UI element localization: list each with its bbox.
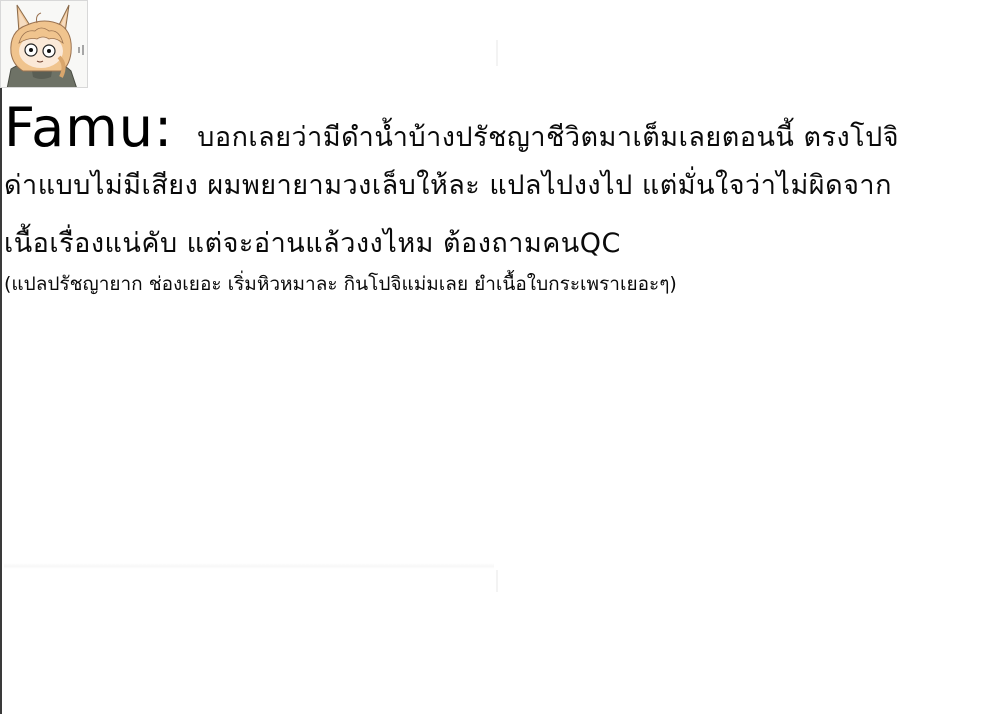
- note-aside: (แปลปรัชญายาก ช่องเยอะ เริ่มหิวหมาละ กิน…: [4, 269, 994, 299]
- speaker-name: Famu:: [4, 95, 173, 161]
- translator-note: Famu: บอกเลยว่ามีดำน้ำบ้างปรัชญาชีวิตมาเ…: [4, 95, 994, 299]
- faint-artifact-mark: [496, 40, 498, 66]
- faint-artifact-mark: [496, 570, 498, 592]
- note-first-line: Famu: บอกเลยว่ามีดำน้ำบ้างปรัชญาชีวิตมาเ…: [4, 95, 994, 161]
- left-border: [0, 0, 2, 714]
- avatar: [0, 0, 88, 88]
- note-line-2: ด่าแบบไม่มีเสียง ผมพยายามวงเล็บให้ละ แปล…: [4, 157, 994, 215]
- avatar-rabbit-girl-icon: [1, 1, 88, 88]
- faint-artifact-line: [4, 563, 494, 569]
- note-line-3: เนื้อเรื่องแน่คับ แต่จะอ่านแล้วงงไหม ต้อ…: [4, 215, 994, 273]
